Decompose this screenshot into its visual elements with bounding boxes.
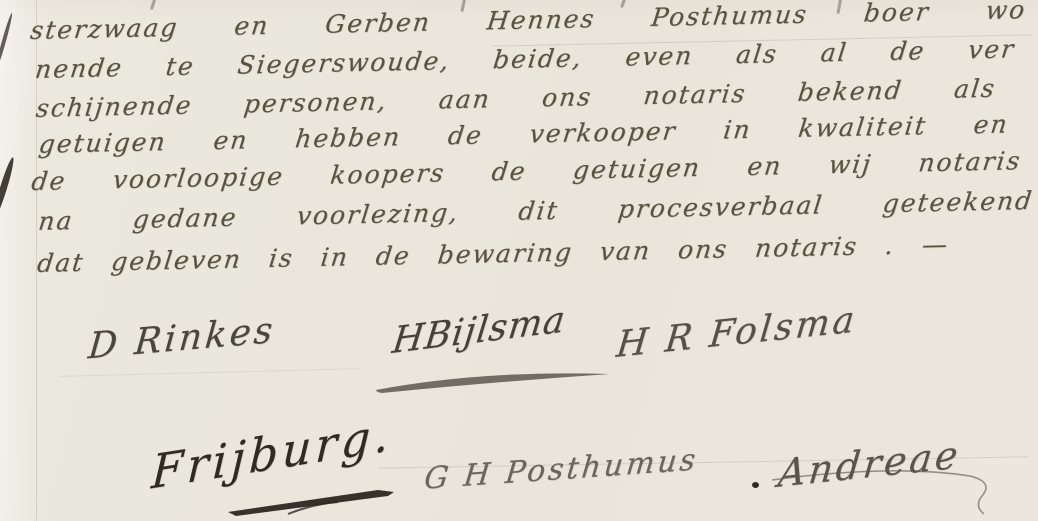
signature-frijburg: Frijburg. [150,406,394,499]
signature-andreae: Andreae [776,432,963,496]
handwritten-line: na gedane voorlezing, dit procesverbaal … [37,186,1035,236]
signature-flourish-underline [372,362,622,396]
handwritten-text-block: sterzwaag en Gerben Hennes Posthumus boe… [26,0,1036,306]
signature-folsma: H R Folsma [614,299,859,366]
pencil-guideline [60,368,360,377]
ink-dot-mark [752,482,759,488]
document-page: sterzwaag en Gerben Hennes Posthumus boe… [0,0,1038,521]
signature-bijlsma: HBijlsma [390,299,568,362]
signature-posthumus: G H Posthumus [422,442,700,496]
margin-slash-mark [0,156,16,219]
signature-rinkes: D Rinkes [87,310,278,368]
signature-heavy-underline [228,486,398,516]
handwritten-line: dat gebleven is in de bewaring van ons n… [36,230,951,278]
margin-slash-mark [0,12,13,69]
